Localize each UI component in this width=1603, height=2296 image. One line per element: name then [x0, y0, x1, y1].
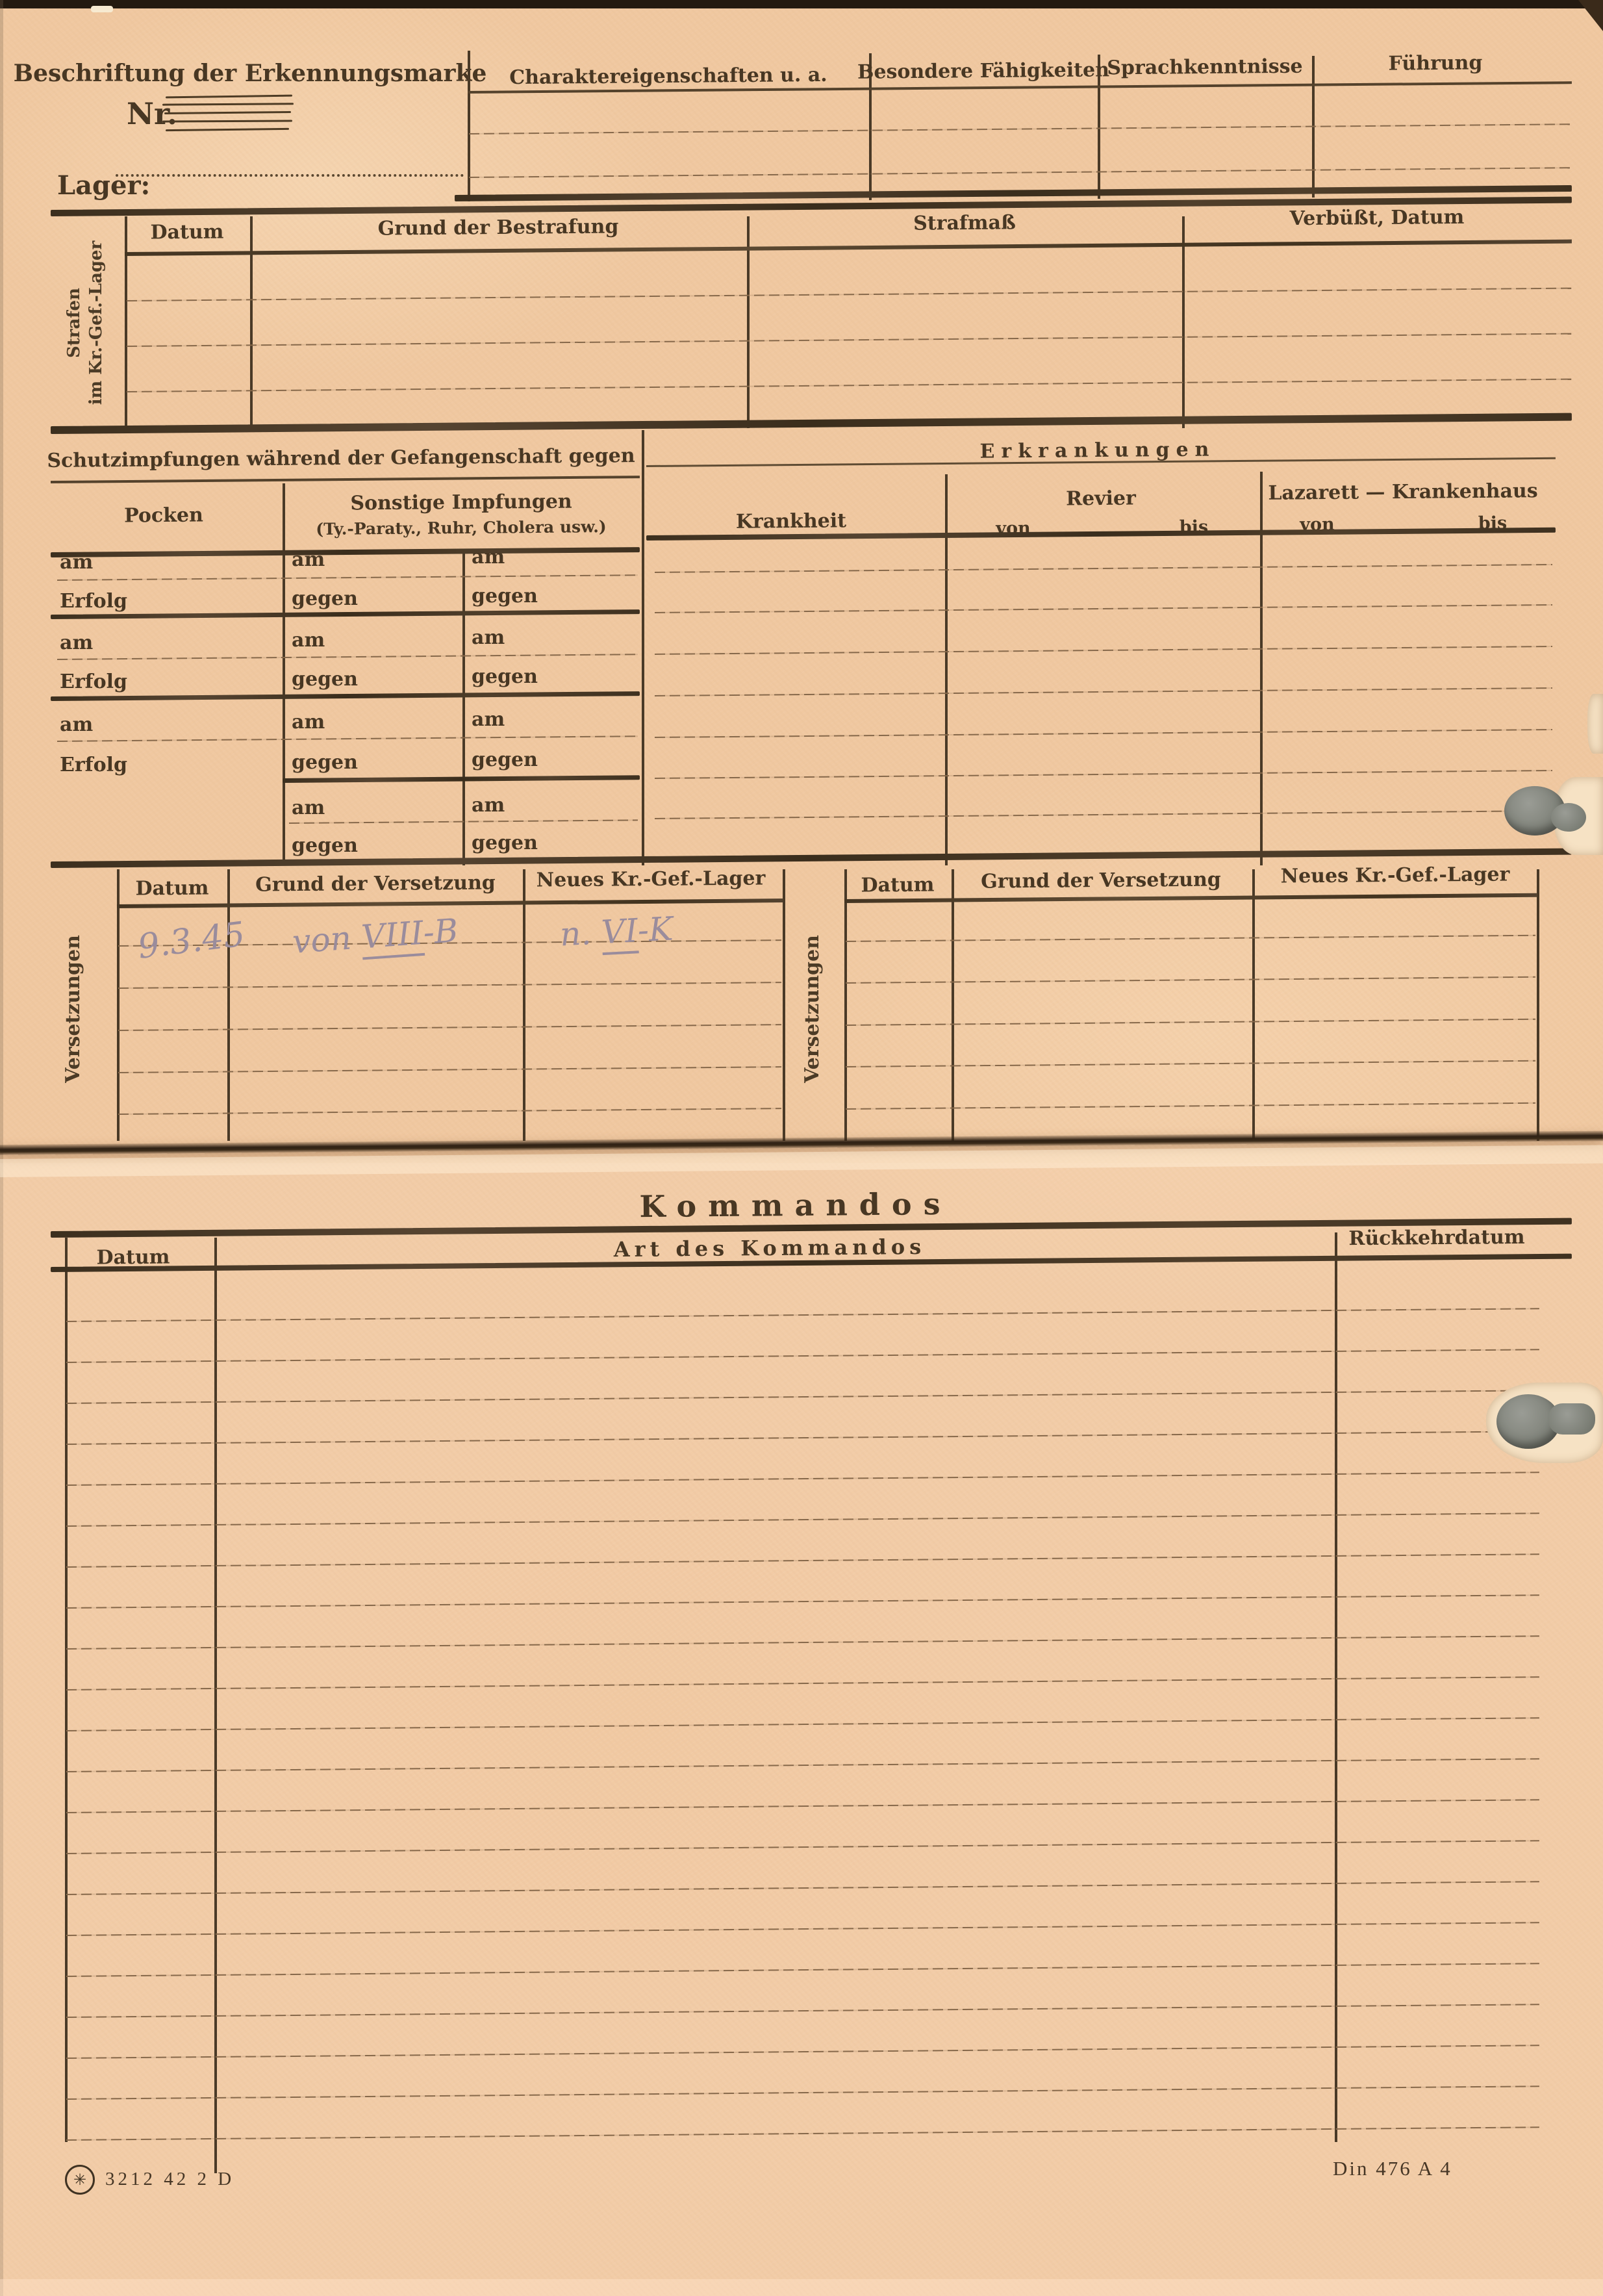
transfer-entry-new-camp: n. VI-K: [559, 910, 674, 953]
vacc-gegen-label: gegen: [472, 832, 538, 854]
rule-line: [57, 735, 638, 742]
illnesses-title: Erkrankungen: [979, 438, 1215, 463]
punishments-col-header: Grund der Bestrafung: [377, 215, 618, 240]
strikeout-line: [162, 103, 294, 105]
rule-line: [118, 1066, 781, 1073]
traits-col-header: Charaktereigenschaften u. a.: [509, 64, 827, 89]
rule-line: [117, 899, 783, 908]
vacc-am-label: am: [292, 711, 325, 733]
strikeout-line: [162, 120, 292, 122]
punishments-col-header: Datum: [150, 221, 223, 244]
vacc-gegen-label: gegen: [292, 751, 358, 774]
rule-line: [250, 216, 253, 428]
din-format-label: Din 476 A 4: [1333, 2157, 1452, 2180]
vacc-am-label: am: [292, 548, 325, 571]
rule-line: [655, 646, 1552, 655]
vacc-am-label: am: [60, 551, 93, 574]
rule-line: [655, 687, 1552, 696]
traits-col-header: Sprachkenntnisse: [1107, 55, 1303, 80]
transfers-col-header: Datum: [135, 877, 208, 900]
illnesses-col-krankheit: Krankheit: [736, 509, 846, 533]
rule-line: [125, 216, 127, 428]
torn-edge-notch: [91, 6, 113, 12]
transfers-col-header: Neues Kr.-Gef.-Lager: [536, 867, 766, 891]
vacc-erfolg-label: Erfolg: [60, 754, 127, 776]
illnesses-col-lazarett: Lazarett — Krankenhaus: [1268, 479, 1538, 505]
printer-emblem: ✳: [65, 2165, 95, 2195]
rule-line: [51, 476, 640, 483]
vacc-am-label: am: [60, 631, 93, 654]
rule-line: [214, 1238, 217, 2173]
vaccinations-title: Schutzimpfungen während der Gefangenscha…: [47, 444, 635, 472]
rule-line: [283, 483, 285, 865]
rule-line: [283, 775, 640, 783]
punch-hole-tear: [1551, 803, 1586, 832]
rule-line: [655, 729, 1552, 738]
rule-line: [783, 869, 785, 1141]
rule-line: [51, 547, 640, 557]
rule-line: [469, 123, 1570, 134]
vacc-am-label: am: [472, 794, 505, 817]
traits-col-header: Besondere Fähigkeiten: [857, 58, 1109, 83]
transfers-side-label: Versetzungen: [801, 899, 833, 1119]
vacc-am-label: am: [472, 708, 505, 731]
rule-line: [1252, 869, 1255, 1141]
vacc-am-label: am: [472, 546, 505, 568]
rule-line: [846, 1103, 1535, 1110]
rule-line: [118, 982, 781, 989]
vacc-am-label: am: [60, 713, 93, 736]
vacc-gegen-label: gegen: [292, 834, 358, 857]
rule-line: [655, 810, 1552, 819]
rule-line: [846, 976, 1535, 984]
kommandos-col-header: Rückkehrdatum: [1348, 1226, 1524, 1250]
vaccinations-col-pocken: Pocken: [124, 504, 203, 527]
rule-line: [127, 333, 1572, 347]
rule-line: [1537, 869, 1539, 1141]
rule-line: [655, 564, 1552, 573]
rule-line: [51, 609, 640, 619]
camp-field-line[interactable]: [116, 174, 464, 177]
transfers-col-header: Datum: [861, 874, 934, 897]
vacc-am-label: am: [472, 626, 505, 649]
rule-line: [468, 51, 470, 201]
rule-line: [523, 869, 525, 1141]
vaccinations-col-sonstige-sub: (Ty.-Paraty., Ruhr, Cholera usw.): [316, 517, 607, 539]
vaccinations-col-sonstige: Sonstige Impfungen: [350, 491, 572, 515]
rule-line: [227, 869, 230, 1141]
rule-line: [118, 1024, 781, 1031]
vacc-gegen-label: gegen: [472, 665, 538, 688]
rule-line: [127, 288, 1572, 301]
rule-line: [846, 1060, 1535, 1067]
id-tag-title: Beschriftung der Erkennungsmarke: [14, 60, 487, 87]
rule-line: [117, 869, 120, 1141]
kommandos-title: Kommandos: [639, 1186, 952, 1224]
vacc-erfolg-label: Erfolg: [60, 670, 127, 693]
torn-paper-area: [1587, 694, 1603, 754]
transfers-col-header: Grund der Versetzung: [981, 868, 1221, 893]
rule-line: [1182, 216, 1185, 428]
rule-line: [952, 869, 954, 1141]
transfer-entry-reason: von VIII-B: [291, 912, 459, 961]
transfers-col-header: Neues Kr.-Gef.-Lager: [1281, 863, 1510, 887]
vacc-am-label: am: [292, 797, 325, 819]
scan-edge-top: [0, 0, 1603, 8]
vacc-am-label: am: [292, 629, 325, 652]
rule-line: [125, 240, 1572, 256]
rule-line: [118, 1108, 781, 1115]
transfers-side-label: Versetzungen: [62, 899, 94, 1119]
vacc-gegen-label: gegen: [292, 587, 358, 610]
traits-col-header: Führung: [1388, 51, 1482, 75]
strikeout-line: [166, 95, 292, 99]
punch-hole-tear: [1548, 1403, 1595, 1435]
rule-line: [51, 413, 1572, 434]
rule-line: [655, 604, 1552, 613]
punishments-side-label: Strafen im Kr.-Gef.-Lager: [64, 212, 118, 433]
transfers-col-header: Grund der Versetzung: [255, 871, 496, 896]
rule-line: [846, 935, 1535, 942]
vacc-gegen-label: gegen: [472, 748, 538, 771]
rule-line: [469, 167, 1570, 178]
rule-line: [844, 893, 1537, 903]
kommandos-col-header: Art des Kommandos: [614, 1234, 926, 1262]
illnesses-col-revier: Revier: [1066, 487, 1136, 511]
pow-record-card: Beschriftung der Erkennungsmarke Nr. Lag…: [0, 0, 1603, 2296]
rule-line: [57, 654, 638, 660]
rule-line: [846, 1019, 1535, 1026]
punishments-col-header: Verbüßt, Datum: [1290, 206, 1465, 230]
rule-line: [57, 574, 638, 581]
rule-line: [844, 869, 847, 1141]
rule-line: [642, 430, 644, 865]
rule-line: [127, 379, 1572, 392]
rule-line: [51, 691, 640, 701]
vacc-gegen-label: gegen: [472, 585, 538, 607]
rule-line: [655, 770, 1552, 779]
print-code: 3212 42 2 D: [105, 2169, 234, 2190]
vacc-gegen-label: gegen: [292, 668, 358, 691]
rule-line: [462, 554, 465, 865]
punishments-col-header: Strafmaß: [913, 211, 1016, 235]
strikeout-line: [166, 128, 289, 131]
transfer-entry-date: 9.3.45: [136, 915, 247, 967]
strikeout-line: [164, 111, 291, 114]
vacc-erfolg-label: Erfolg: [60, 590, 127, 613]
